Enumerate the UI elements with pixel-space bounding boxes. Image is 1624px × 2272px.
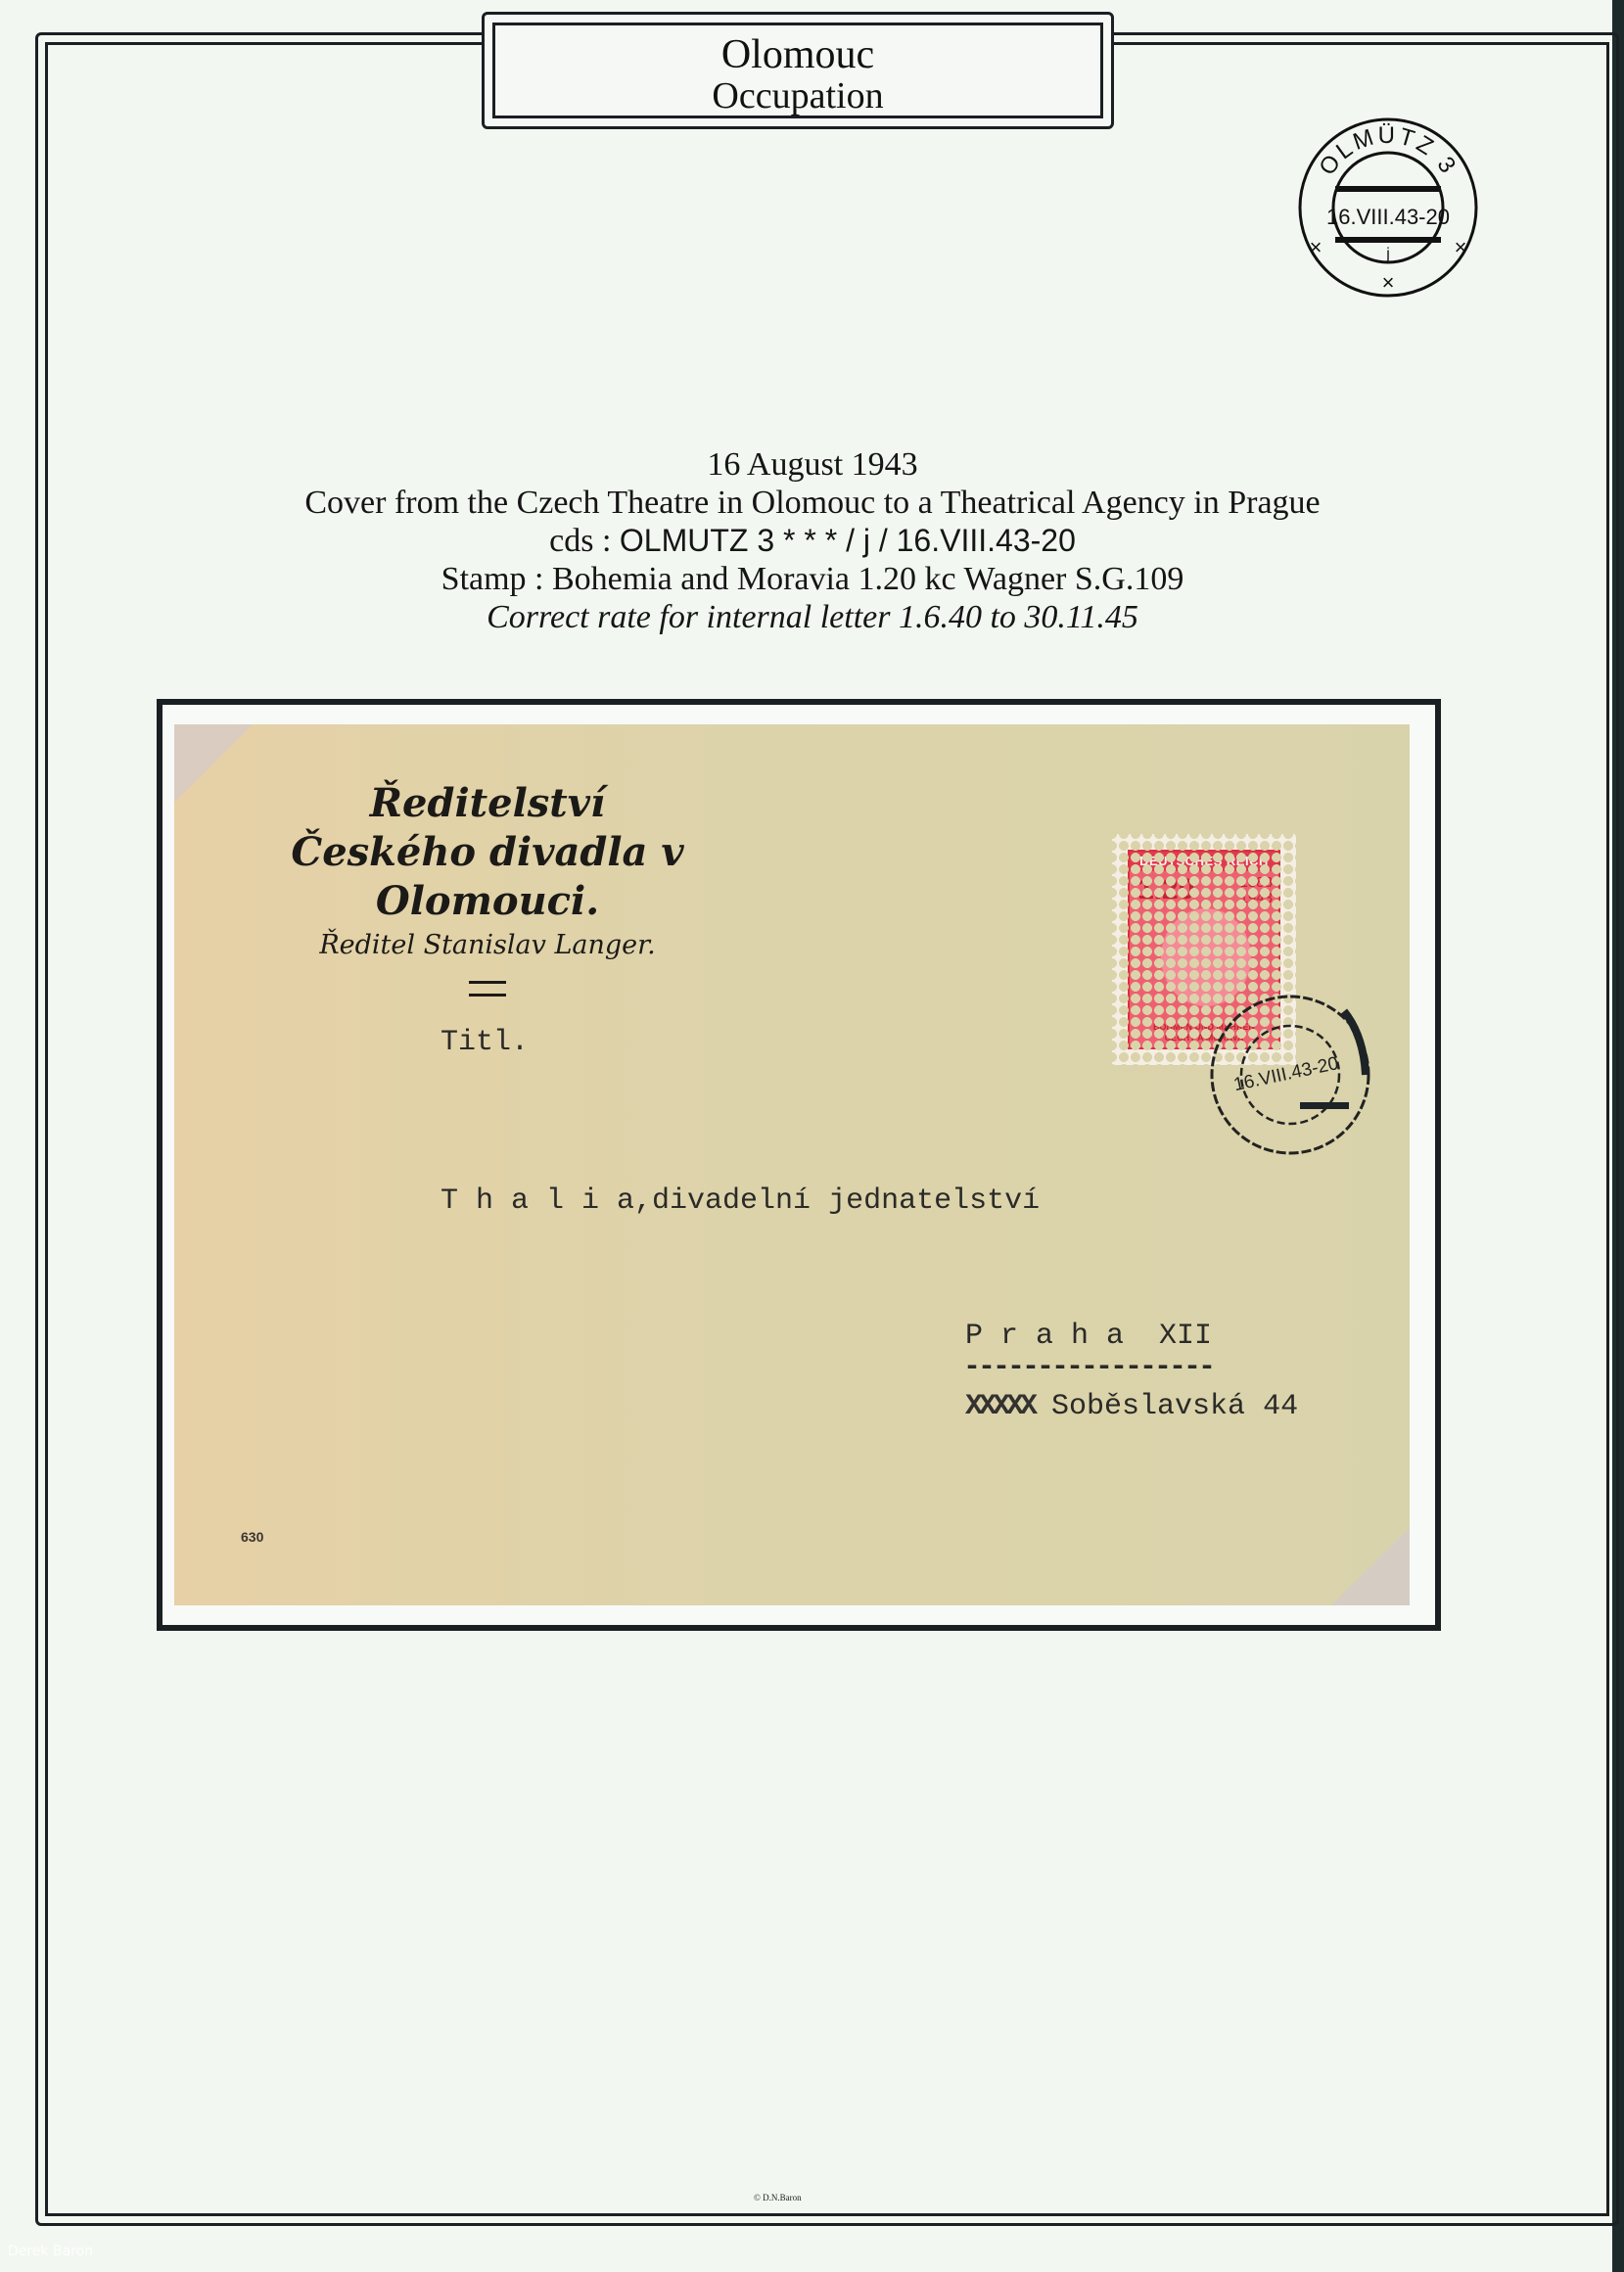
rate-note: Correct rate for internal letter 1.6.40 … bbox=[98, 598, 1527, 636]
photo-corner-icon bbox=[1331, 1527, 1410, 1605]
cover-mount: Ředitelství Českého divadla v Olomouci. … bbox=[157, 699, 1441, 1631]
cancellation-postmark-icon: 16.VIII.43-20 bbox=[1197, 987, 1383, 1163]
cover-summary: Cover from the Czech Theatre in Olomouc … bbox=[98, 484, 1527, 522]
cover-description: 16 August 1943 Cover from the Czech Thea… bbox=[98, 445, 1527, 636]
letterhead: Ředitelství Českého divadla v Olomouci. … bbox=[174, 779, 801, 997]
svg-text:j: j bbox=[1385, 246, 1390, 262]
street-line: XXXXX Soběslavská 44 bbox=[965, 1390, 1298, 1423]
salutation: Titl. bbox=[441, 1026, 529, 1059]
envelope: Ředitelství Českého divadla v Olomouci. … bbox=[174, 724, 1410, 1605]
watermark: Derek Baron bbox=[8, 2244, 93, 2259]
street: Soběslavská 44 bbox=[1051, 1390, 1298, 1423]
page-subtitle: Occupation bbox=[495, 76, 1100, 116]
svg-text:16.VIII.43-20: 16.VIII.43-20 bbox=[1326, 205, 1450, 229]
stamp-value: 1.20 bbox=[1137, 873, 1194, 906]
cds-line: cds : OLMUTZ 3 * * * / j / 16.VIII.43-20 bbox=[98, 522, 1527, 560]
city: P r a h a XII bbox=[965, 1320, 1212, 1353]
copyright: © D.N.Baron bbox=[754, 2193, 802, 2202]
cover-date: 16 August 1943 bbox=[98, 445, 1527, 484]
svg-text:16.VIII.43-20: 16.VIII.43-20 bbox=[1231, 1053, 1340, 1095]
svg-text:×: × bbox=[1382, 270, 1395, 295]
reference-postmark-icon: OLMÜTZ 3 16.VIII.43-20 j × × × bbox=[1294, 114, 1482, 301]
stamp-line: Stamp : Bohemia and Moravia 1.20 kc Wagn… bbox=[98, 560, 1527, 598]
stamp-years: 18831943 bbox=[1240, 875, 1273, 906]
page-title-box: Olomouc Occupation bbox=[482, 12, 1114, 129]
letterhead-rule bbox=[469, 981, 506, 997]
addressee: T h a l i a,divadelní jednatelství bbox=[441, 1184, 1040, 1218]
struck-word: XXXXX bbox=[965, 1390, 1034, 1423]
page-title: Olomouc bbox=[495, 33, 1100, 76]
address-underline: ----------------- bbox=[963, 1351, 1213, 1384]
form-number: 630 bbox=[241, 1529, 263, 1545]
cds-value: OLMUTZ 3 * * * / j / 16.VIII.43-20 bbox=[620, 523, 1076, 558]
svg-text:×: × bbox=[1455, 235, 1467, 259]
svg-text:×: × bbox=[1310, 235, 1322, 259]
